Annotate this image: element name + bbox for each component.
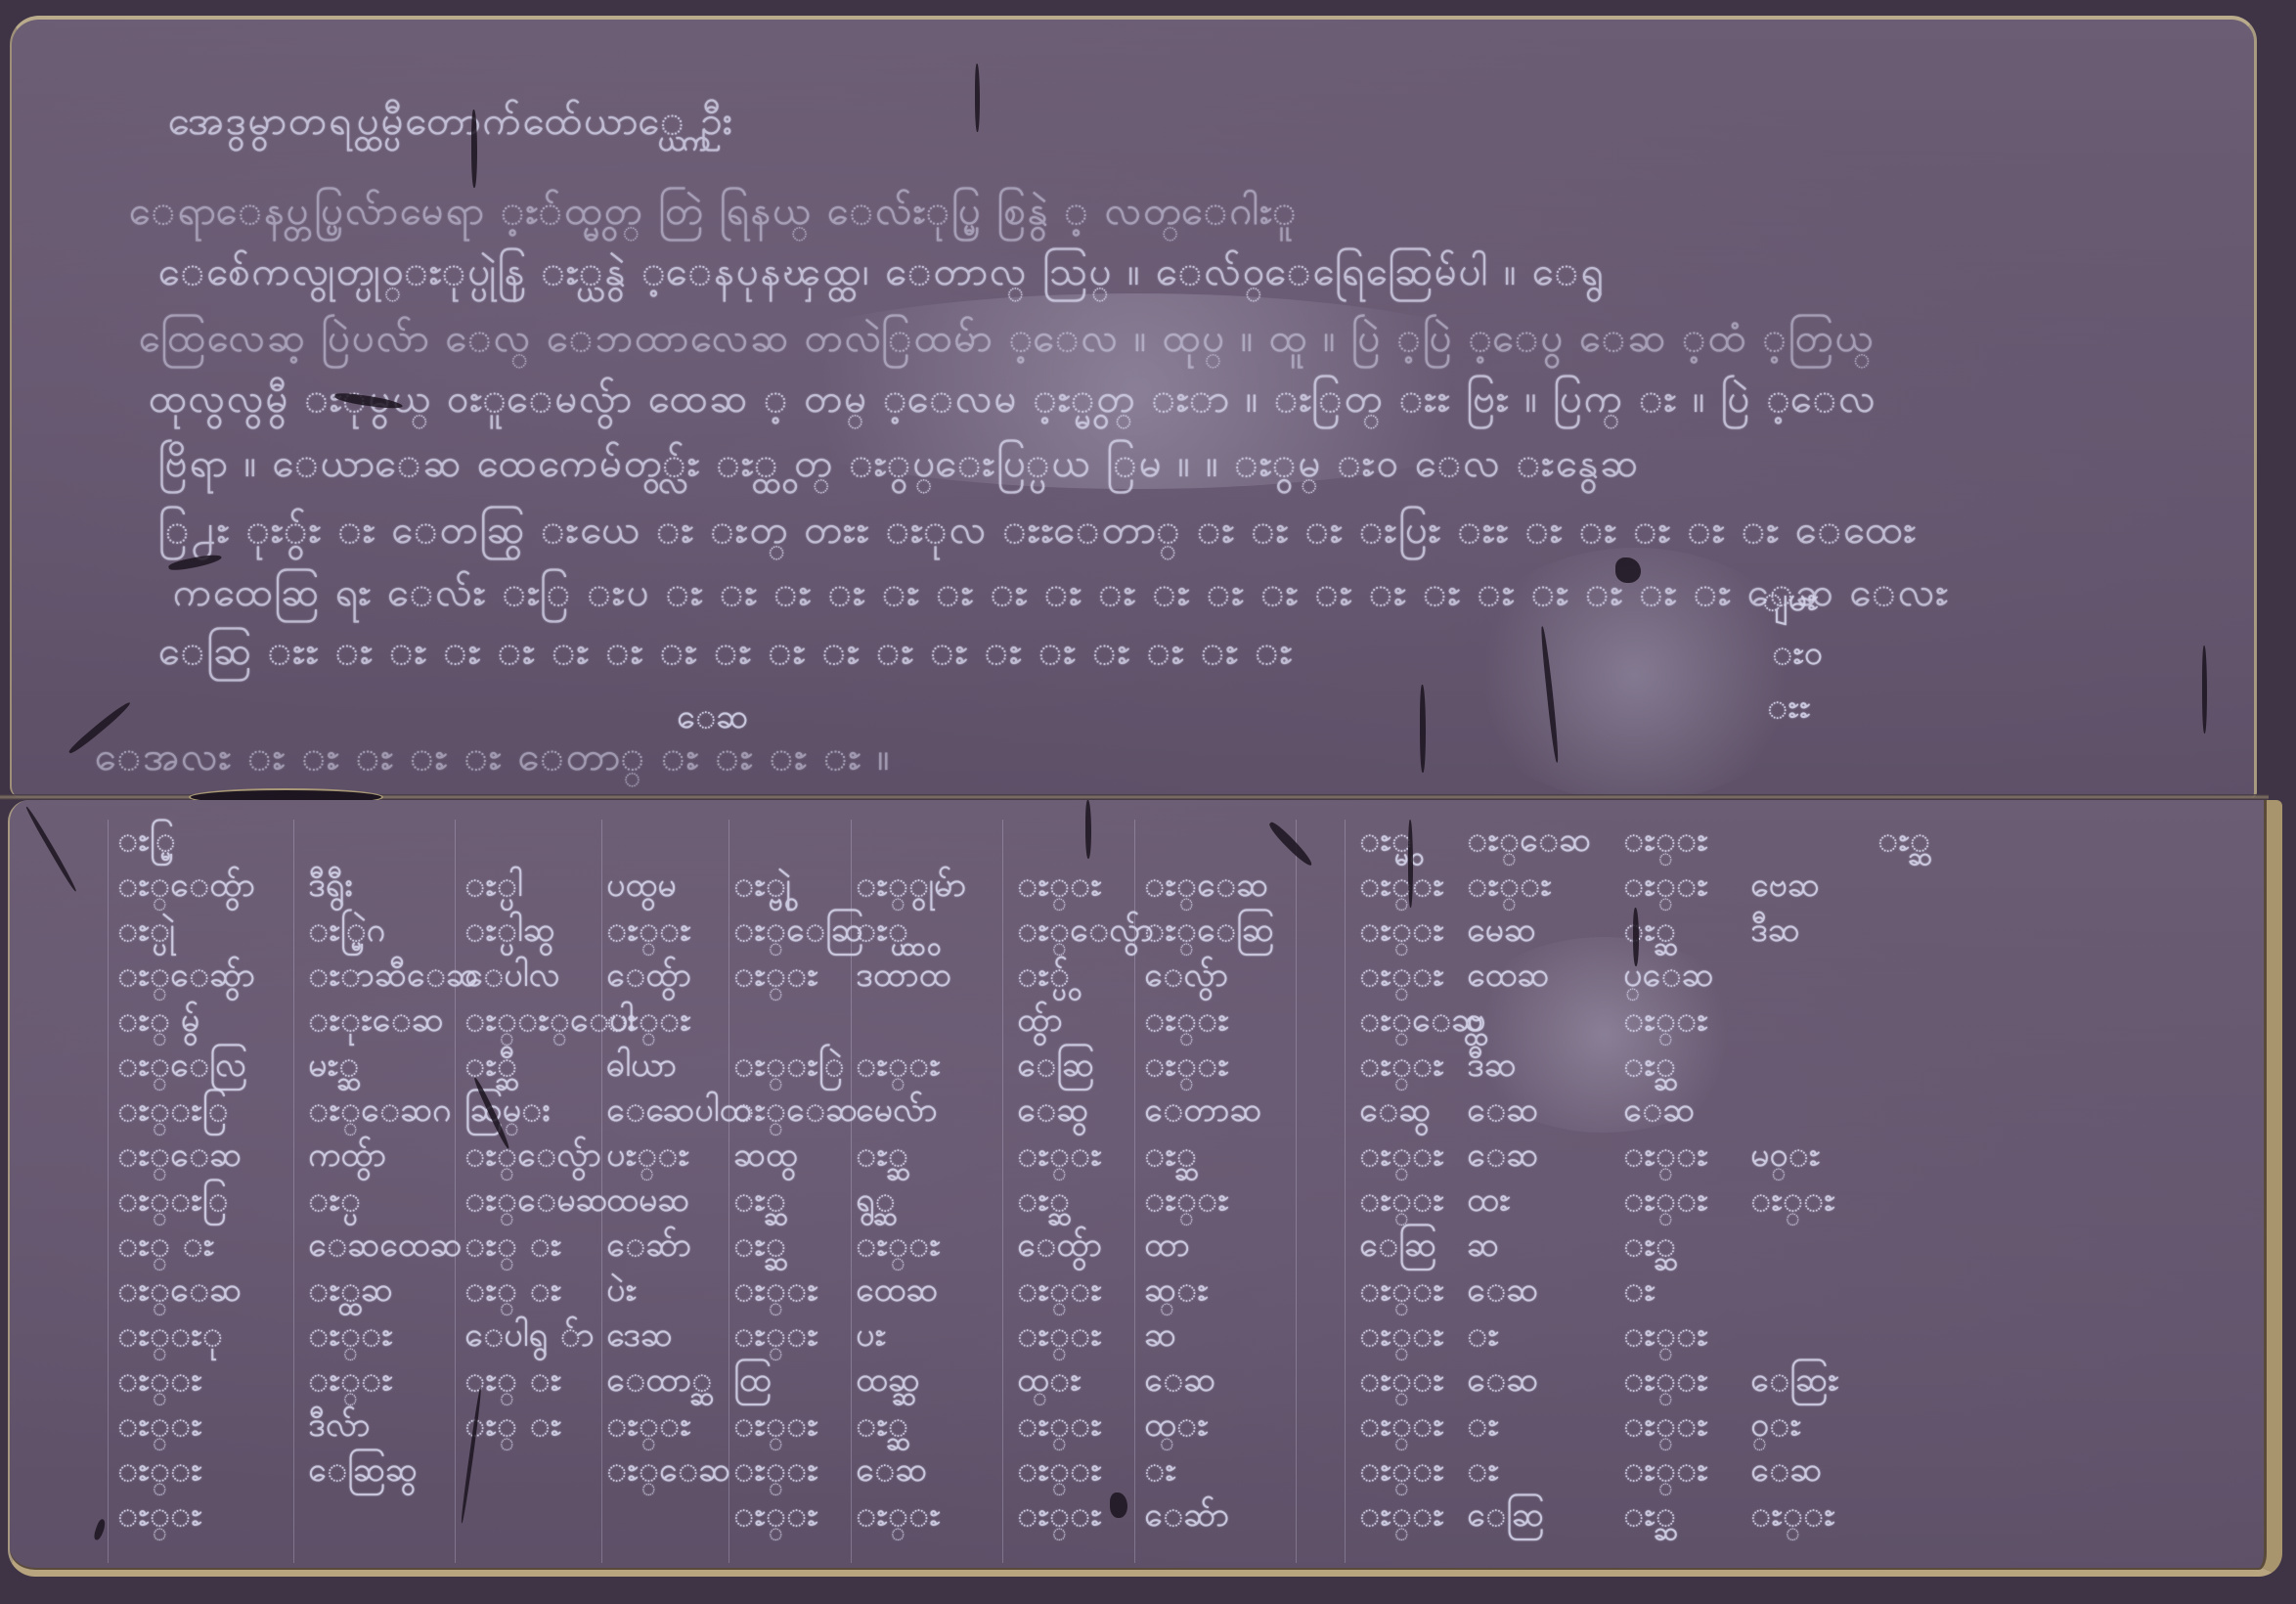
crack: [2202, 646, 2207, 734]
list-entry: ႊ္ႊ: [1017, 1403, 1102, 1452]
list-entry: ေဆေပါထ: [606, 1088, 751, 1137]
list-entry: ႊ္ဆ: [856, 1133, 908, 1182]
list-entry: ႊ္ႊ: [1017, 1313, 1102, 1362]
list-entry: ေဆြႊ: [1750, 1358, 1838, 1407]
list-entry: ဆ: [1144, 1313, 1176, 1362]
list-entry: ႊ္ႊ: [1144, 1178, 1229, 1227]
marginal-note: ျမႊ: [1762, 577, 1819, 627]
list-entry: ႊ္ေလြ: [117, 1043, 246, 1092]
list-entry: ထွ်ာ: [1017, 998, 1063, 1047]
column-rule: [1296, 820, 1297, 1563]
list-entry: ထဆ္ဆ: [856, 1358, 920, 1407]
marginal-note: ႊႊ: [1767, 685, 1810, 735]
list-entry: ဓါယာ: [606, 1043, 677, 1092]
list-entry: ႊ္ႊ: [1359, 1178, 1444, 1227]
lower-folio: ႊ္မြႊ္ေထွ်ာႊ္ပုဲႊ္ေဆွ်ာႊ္ မွ်ႊ္ေလြႊ္ႊြႊ္…: [8, 800, 2282, 1577]
list-entry: ႊ္ႊ: [117, 1403, 202, 1452]
list-entry: ႊ္ႊ: [1623, 1133, 1708, 1182]
manuscript-line: ေရာေနပ္တပ္ပြလ်ာမေရာ ့ႊ်ထ္မွတ္ တြဲ ရြနယ္ …: [129, 186, 1299, 244]
list-entry: ႊ္ ႊ: [464, 1223, 561, 1272]
list-entry: ဒီဆ: [1467, 1043, 1517, 1092]
list-entry: ႊ္မွ: [1359, 818, 1412, 868]
list-entry: ေဆ: [1144, 1358, 1215, 1407]
list-entry: ႊ: [1467, 1448, 1499, 1497]
list-entry: ႊ္ ႊ: [117, 1223, 214, 1272]
list-entry: ႊ္ႊ: [856, 1043, 941, 1092]
list-entry: ကထွ်ာ: [308, 1133, 386, 1182]
manuscript-line: ထြေလေဆ့ ပြဲပလ်ာ ေလ္ ေဘထာလေဆ တလဲြထမ်ာ ့ေလ…: [139, 313, 1876, 371]
list-entry: ႊ္ႊ: [733, 1268, 818, 1317]
list-entry: ႊ္ႊ: [1359, 953, 1444, 1002]
list-entry: ႊ္ႊ: [1017, 1493, 1102, 1542]
list-entry: ႊ္ႊ: [1359, 908, 1444, 958]
list-entry: ႊ္ႊြဲ: [733, 1043, 845, 1092]
list-entry: ႊ္ႊြ: [117, 1178, 229, 1227]
list-entry: ပႊ: [856, 1313, 886, 1362]
list-entry: ႊ္ႊ: [1359, 1493, 1444, 1542]
list-entry: ထ္ႊ: [1017, 1358, 1082, 1407]
list-entry: ႊ္ႊ: [606, 1403, 691, 1452]
list-entry: ႊ္ႊ: [1017, 1133, 1102, 1182]
list-entry: ႊ္ႊ: [308, 1313, 393, 1362]
crack: [1408, 820, 1413, 908]
list-entry: ႊ္ေဆွ်ာ: [117, 953, 255, 1002]
list-entry: ေဆ: [1467, 1268, 1538, 1317]
list-entry: ႊ: [1623, 1268, 1656, 1317]
list-entry: ဒထာထ: [856, 953, 950, 1002]
list-entry: ႊ္ဆ: [1877, 818, 1930, 868]
list-entry: ထေဆ: [856, 1268, 938, 1317]
column-rule: [1002, 820, 1003, 1563]
list-entry: ႊာဆီေဆ: [308, 953, 478, 1002]
list-entry: ေဆြဆွ: [308, 1448, 418, 1497]
list-entry: ႊ္ေဆြ: [1144, 908, 1274, 958]
list-entry: ႊ္ႊ: [1359, 1403, 1444, 1452]
ink-stain: [92, 1518, 107, 1540]
list-entry: ႊ: [1467, 1403, 1499, 1452]
manuscript-line: ကထေဆြ ရႊ ေလ်ႊ ႊြ ႊပ ႊ ႊ ႊ ႊ ႊ ႊ ႊ ႊ ႊ ႊ …: [173, 567, 1950, 625]
list-entry: ႊ္ေဆ: [117, 1268, 242, 1317]
list-entry: ထႊ: [1467, 1178, 1511, 1227]
list-entry: ထာ: [1144, 1223, 1190, 1272]
list-entry: ေဆ: [1623, 1088, 1695, 1137]
list-entry: ေပါလ: [464, 953, 559, 1002]
list-entry: ေဆ်ာ: [606, 1223, 691, 1272]
list-entry: ေဆွ: [1017, 1088, 1088, 1137]
list-entry: ေဆ်ာ: [1144, 1493, 1229, 1542]
list-entry: ဗ္ထ: [1467, 998, 1485, 1047]
manuscript-line: ဗြိရာ ။ ေယာေဆ ထေကေမ်တွ္လ်ႊ ႊ္ထွ တ္ ႊွပ္ေ…: [158, 438, 1640, 496]
list-entry: ဝ္ႊ: [1750, 1403, 1801, 1452]
list-entry: ႊ္ေလွ်ာ: [464, 1133, 601, 1182]
list-entry: ႊ္ႊ: [1623, 863, 1708, 913]
list-entry: ႊ္ႊ: [117, 1493, 202, 1542]
list-entry: ႊ္ဆ: [733, 1223, 786, 1272]
list-entry: ပထွမ: [606, 863, 677, 913]
ink-stain: [1266, 820, 1314, 868]
list-entry: ႊ္ဆ: [733, 1178, 786, 1227]
column-rule: [108, 820, 109, 1563]
list-entry: ႊ္ႊ: [1359, 1313, 1444, 1362]
list-entry: ႊ္ႊ: [733, 1403, 818, 1452]
list-entry: ႊ္ပ: [308, 1178, 361, 1227]
list-entry: ေဆ: [1467, 1088, 1538, 1137]
list-entry: ႊ္ႊ: [1017, 1268, 1102, 1317]
list-entry: ထ္ႊ: [1144, 1403, 1209, 1452]
list-entry: ႊ္ဆ: [1623, 1223, 1676, 1272]
manuscript-photo: အေဒွမွာတရပ္ထမ္ပီတောက်ထ်ေယာ္ယ္ကေ ဦးေရာေနပ…: [0, 0, 2296, 1604]
list-entry: ႊ္ မွ်: [117, 998, 199, 1047]
list-entry: ႊ္ဗွုဲ: [733, 863, 791, 913]
list-entry: ေလွ်ာ: [1144, 953, 1228, 1002]
list-entry: ေဆွ: [1359, 1088, 1431, 1137]
list-entry: ေပါရွ ်ာ: [464, 1313, 595, 1362]
list-entry: မဝ္ႊ: [1750, 1133, 1820, 1182]
list-entry: ႊ္ႊ: [733, 953, 818, 1002]
list-entry: ႊ္ေဆ: [117, 1133, 242, 1182]
list-entry: ႊုႊေဆ: [308, 998, 444, 1047]
list-entry: မေလ်ာ: [856, 1088, 938, 1137]
list-entry: ႊ္ႊ: [1623, 1448, 1708, 1497]
list-entry: မေဆ: [1467, 908, 1536, 958]
crack: [1085, 800, 1091, 859]
list-entry: ႊ္ေဆဂ: [308, 1088, 451, 1137]
list-entry: ႊ္ႊ: [1623, 1313, 1708, 1362]
marginal-note: ႊဝ: [1772, 631, 1823, 681]
list-entry: ႊ္ႊ: [1359, 1448, 1444, 1497]
list-entry: ႊ္ေဆြ: [733, 908, 863, 958]
list-entry: ႊ္မြဲဂ: [308, 908, 385, 958]
list-entry: ႊ္ပါဆွ: [464, 908, 555, 958]
list-entry: ႊ္ႊ: [1359, 863, 1444, 913]
list-entry: ႊ္ႊ: [1623, 1178, 1708, 1227]
list-entry: ဒီရွီး: [308, 863, 353, 913]
manuscript-line: ြ႕ႊ ုႊွ်ႊ ႊ ေတဆြွ ႊယေ ႊ ႊတ္ တႊႊ ႊုလ ႊႊေတ…: [158, 505, 1918, 562]
list-entry: ႊ္ႊ: [733, 1493, 818, 1542]
manuscript-line: အေဒွမွာတရပ္ထမ္ပီတောက်ထ်ေယာ္ယ္ကေ ဦး: [168, 96, 734, 154]
list-entry: ဒီဆ: [1750, 908, 1800, 958]
column-rule: [1345, 820, 1346, 1563]
list-entry: ႊ္ဆ: [856, 1403, 908, 1452]
crack: [975, 64, 980, 132]
crack: [24, 805, 77, 892]
list-entry: ႊ္ႊ: [1144, 1043, 1229, 1092]
list-entry: ႊ္မြ: [117, 818, 176, 868]
upper-folio: အေဒွမွာတရပ္ထမ္ပီတောက်ထ်ေယာ္ယ္ကေ ဦးေရာေနပ…: [10, 16, 2257, 798]
manuscript-line: ထုလွလွမွီ ႊုမွယ္ ဝႊူေမလွ်ာ ထေဆ ့ တမ္ ့ေလ…: [149, 374, 1877, 431]
list-entry: မႊ္ဆ: [308, 1043, 359, 1092]
list-entry: ႊ္ေဆ: [1359, 998, 1483, 1047]
list-entry: ႊ္ႊ: [856, 1493, 941, 1542]
list-entry: ေဆြ: [1017, 1043, 1094, 1092]
list-entry: ႊ္ဆ: [1623, 1493, 1676, 1542]
column-rule: [293, 820, 294, 1563]
list-entry: ႊ္ႊ: [606, 908, 691, 958]
list-entry: ႊ္ဆ: [1623, 908, 1676, 958]
crack: [1420, 685, 1426, 773]
list-entry: ႊ္ဆီ: [464, 1043, 517, 1092]
list-entry: ႊ္ပ္ထွ: [856, 908, 908, 958]
list-entry: ႊ္ႊ: [606, 998, 691, 1047]
list-entry: ႊ္ပါ: [464, 863, 523, 913]
list-entry: ႊ္ႊ: [1623, 818, 1708, 868]
list-entry: ဆထွ: [733, 1133, 798, 1182]
list-entry: ႊ္ေဆ: [733, 1088, 858, 1137]
list-entry: ႊ္ႊ: [1750, 1178, 1835, 1227]
list-entry: ႊ္ေထွ်ာ: [117, 863, 255, 913]
list-entry: ႊ္ဆ: [1623, 1043, 1676, 1092]
list-entry: ဆြမ္း: [464, 1088, 551, 1137]
list-entry: ဗေဆ: [1750, 863, 1820, 913]
list-entry: ႊ္ႊ: [308, 1358, 393, 1407]
list-entry: ႊ္ႊ: [1017, 1448, 1102, 1497]
manuscript-line: ေစ်ေကလွုတ္ပုဝ္ႊုပ္ပုဲနြ ႊ္ယနွဲ ့ေနပုနၾထ္…: [158, 246, 1605, 304]
list-entry: ႊ္ေမဆ: [464, 1178, 607, 1227]
list-entry: ႊ္ပုဲ: [117, 908, 175, 958]
list-entry: ႊ္ႊ: [1623, 1403, 1708, 1452]
list-entry: ဆ: [1467, 1223, 1499, 1272]
list-entry: ႊ္ႊ: [117, 1448, 202, 1497]
list-entry: ႊ္ႊ: [1017, 863, 1102, 913]
list-entry: ႊ္ေလွ်ာ: [1017, 908, 1154, 958]
list-entry: ႊ္ေဆ: [1144, 863, 1268, 913]
column-rule: [455, 820, 456, 1563]
list-entry: ႊ္ႊ: [733, 1313, 818, 1362]
list-entry: ႊ္ဆ: [1144, 1133, 1197, 1182]
list-entry: ႊ္ႊ: [856, 1223, 941, 1272]
list-entry: ေဆ: [1750, 1448, 1822, 1497]
ink-stain: [1615, 557, 1641, 583]
list-entry: ေဆြ: [1359, 1223, 1436, 1272]
list-entry: ေထာ္ဆ: [606, 1358, 712, 1407]
list-entry: ႊ္ေဆ: [1467, 818, 1591, 868]
list-entry: ေဆ: [856, 1448, 927, 1497]
list-entry: ရွ္ဆ: [856, 1178, 896, 1227]
list-entry: ႊ: [1467, 1313, 1499, 1362]
list-entry: ႊ္ဆ: [1017, 1178, 1070, 1227]
list-entry: ထေဆ: [1467, 953, 1549, 1002]
list-entry: ေဆ: [1467, 1358, 1538, 1407]
list-entry: ႊ္ႊ: [1359, 1043, 1444, 1092]
list-entry: ဆ္ႊ: [1144, 1268, 1209, 1317]
list-entry: ႊ္ ႊ: [464, 1268, 561, 1317]
list-entry: ႊ္ပွ်: [1017, 953, 1070, 1002]
list-entry: ႊ္ႊ: [1359, 1133, 1444, 1182]
list-entry: ေဆထေဆ: [308, 1223, 462, 1272]
list-entry: ႊ္ထဆ: [308, 1268, 393, 1317]
list-entry: ထြ: [733, 1358, 772, 1407]
manuscript-line: ေအလႊ ႊ ႊ ႊ ႊ ႊ ေတာ္ ႊ ႊ ႊ ႊ ။: [95, 732, 891, 789]
ink-stain: [1110, 1493, 1127, 1518]
list-entry: ေထွ်ာ: [606, 953, 691, 1002]
list-entry: ႊ္ႊ: [1623, 1358, 1708, 1407]
list-entry: ႊ္ႊ: [117, 1358, 202, 1407]
list-entry: ထမဆ: [606, 1178, 689, 1227]
list-entry: ႊ္ေဆ: [606, 1448, 730, 1497]
list-entry: ဒီလ်ာ: [308, 1403, 371, 1452]
list-entry: ေတာဆ: [1144, 1088, 1261, 1137]
list-entry: ႊ္ႊ: [1144, 998, 1229, 1047]
list-entry: ေဆ: [1467, 1133, 1538, 1182]
list-entry: ႊ္ႊ: [1623, 998, 1708, 1047]
list-entry: ပဲႊ: [606, 1268, 637, 1317]
list-entry: ႊ္ႊ: [1750, 1493, 1835, 1542]
list-entry: ပႊ္ႊ: [606, 1133, 689, 1182]
list-entry: ႊ္ႊု: [117, 1313, 223, 1362]
list-entry: ႊ္ႊ: [1359, 1268, 1444, 1317]
list-entry: ေဆြ: [1467, 1493, 1544, 1542]
list-entry: ႊ္ႊ: [1467, 863, 1552, 913]
manuscript-line: ေဆြ ႊႊ ႊ ႊ ႊ ႊ ႊ ႊ ႊ ႊ ႊ ႊ ႊ ႊ ႊ ႊ ႊ ႊ ႊ…: [158, 626, 1295, 684]
list-entry: ႊ္ႊြ: [117, 1088, 229, 1137]
list-entry: ႊ္ွုမ်ာ: [856, 863, 966, 913]
list-entry: ႊ္ႊ: [733, 1448, 818, 1497]
list-entry: ဒေဆ: [606, 1313, 673, 1362]
list-entry: ေထွ်ာ: [1017, 1223, 1102, 1272]
list-entry: ႊ: [1144, 1448, 1176, 1497]
marginal-note: ေဆ: [677, 694, 748, 744]
list-entry: ႊ္ႊ: [1359, 1358, 1444, 1407]
